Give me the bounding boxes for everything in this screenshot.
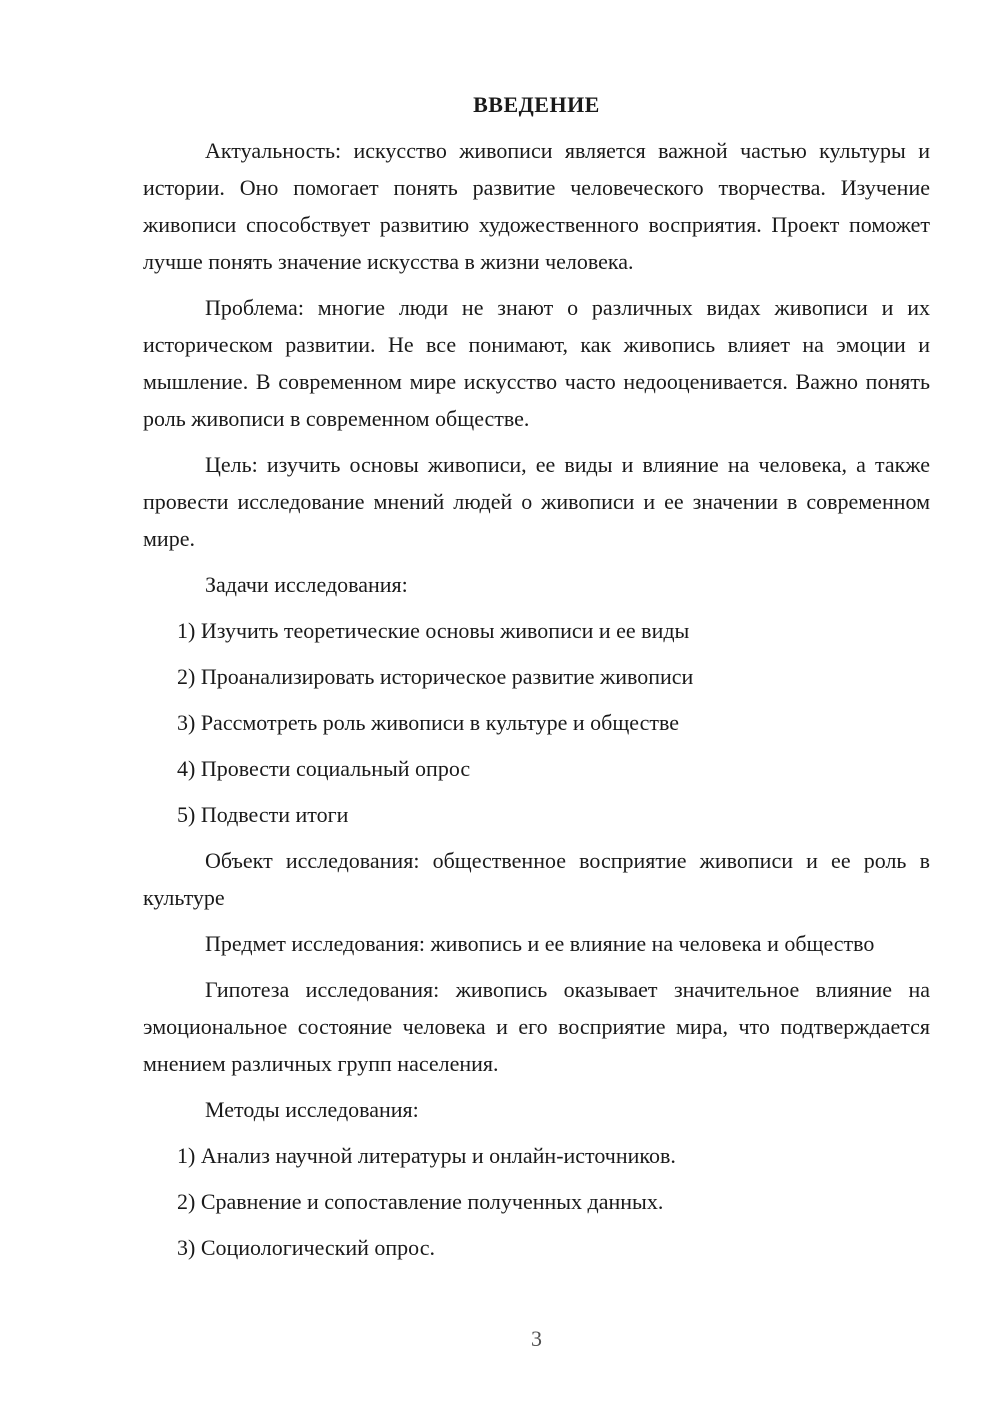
task-item-1: 1) Изучить теоретические основы живописи… xyxy=(143,612,930,649)
methods-heading: Методы исследования: xyxy=(143,1091,930,1128)
page-number: 3 xyxy=(143,1320,930,1357)
task-item-4: 4) Провести социальный опрос xyxy=(143,750,930,787)
paragraph-object: Объект исследования: общественное воспри… xyxy=(143,842,930,916)
method-item-1: 1) Анализ научной литературы и онлайн-ис… xyxy=(143,1137,930,1174)
page-title: ВВЕДЕНИЕ xyxy=(143,86,930,123)
paragraph-goal: Цель: изучить основы живописи, ее виды и… xyxy=(143,446,930,557)
tasks-heading: Задачи исследования: xyxy=(143,566,930,603)
paragraph-subject: Предмет исследования: живопись и ее влия… xyxy=(143,925,930,962)
paragraph-problem: Проблема: многие люди не знают о различн… xyxy=(143,289,930,437)
method-item-3: 3) Социологический опрос. xyxy=(143,1229,930,1266)
task-item-3: 3) Рассмотреть роль живописи в культуре … xyxy=(143,704,930,741)
task-item-2: 2) Проанализировать историческое развити… xyxy=(143,658,930,695)
paragraph-hypothesis: Гипотеза исследования: живопись оказывае… xyxy=(143,971,930,1082)
document-page: ВВЕДЕНИЕ Актуальность: искусство живопис… xyxy=(0,0,1000,1414)
document-content: ВВЕДЕНИЕ Актуальность: искусство живопис… xyxy=(143,86,930,1266)
paragraph-relevance: Актуальность: искусство живописи являетс… xyxy=(143,132,930,280)
method-item-2: 2) Сравнение и сопоставление полученных … xyxy=(143,1183,930,1220)
task-item-5: 5) Подвести итоги xyxy=(143,796,930,833)
